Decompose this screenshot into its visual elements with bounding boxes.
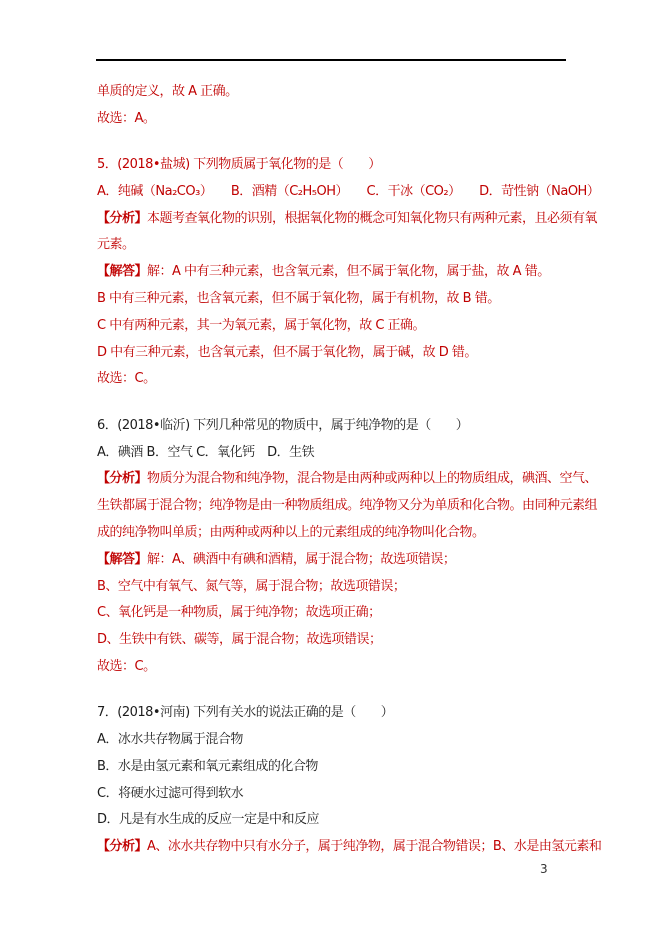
q4-solution-continuation: 单质的定义，故 A 正确。 xyxy=(97,79,567,106)
line-text: B、空气中有氧气、氮气等，属于混合物；故选项错误； xyxy=(97,579,405,594)
line-text: 解：A、碘酒中有碘和酒精，属于混合物；故选项错误； xyxy=(147,552,455,567)
q7-option-d: D．凡是有水生成的反应一定是中和反应 xyxy=(97,807,567,834)
q6-solution-option-d: D、生铁中有铁、碳等，属于混合物；故选项错误； xyxy=(97,627,567,654)
q5-solution-option-a: 【解答】解：A 中有三种元素，也含氧元素，但不属于氧化物，属于盐，故 A 错。 xyxy=(97,259,567,286)
q7-option-a: A．冰水共存物属于混合物 xyxy=(97,727,567,754)
q7-analysis-line-1: 【分析】A、冰水共存物中只有水分子，属于纯净物，属于混合物错误；B、水是由氢元素… xyxy=(97,834,567,861)
analysis-label: 【分析】 xyxy=(97,211,147,226)
line-text: D 中有三种元素，也含氧元素，但不属于氧化物，属于碱，故 D 错。 xyxy=(97,345,477,360)
line-text: 7．(2018•河南) 下列有关水的说法正确的是（ ） xyxy=(97,705,393,720)
q5-options: A．纯碱（Na₂CO₃） B．酒精（C₂H₅OH） C．干冰（CO₂） D．苛性… xyxy=(97,179,567,206)
line-text: 故选：A。 xyxy=(97,111,155,126)
line-text: 元素。 xyxy=(97,237,135,252)
line-text: 物质分为混合物和纯净物，混合物是由两种或两种以上的物质组成，碘酒、空气、 xyxy=(147,471,597,486)
q5-solution-option-d: D 中有三种元素，也含氧元素，但不属于氧化物，属于碱，故 D 错。 xyxy=(97,340,567,367)
q6-solution-option-a: 【解答】解：A、碘酒中有碘和酒精，属于混合物；故选项错误； xyxy=(97,547,567,574)
line-text: A．纯碱（Na₂CO₃） B．酒精（C₂H₅OH） C．干冰（CO₂） D．苛性… xyxy=(97,184,599,199)
document-page: 单质的定义，故 A 正确。 故选：A。 5．(2018•盐城) 下列物质属于氧化… xyxy=(0,0,661,935)
page-number: 3 xyxy=(540,862,548,876)
line-text: A．碘酒 B．空气 C．氧化钙 D．生铁 xyxy=(97,445,314,460)
line-text: 故选：C。 xyxy=(97,371,156,386)
line-text: 生铁都属于混合物；纯净物是由一种物质组成。纯净物又分为单质和化合物。由同种元素组 xyxy=(97,498,597,513)
q6-options: A．碘酒 B．空气 C．氧化钙 D．生铁 xyxy=(97,440,567,467)
line-text: B．水是由氢元素和氧元素组成的化合物 xyxy=(97,759,318,774)
document-body: 单质的定义，故 A 正确。 故选：A。 5．(2018•盐城) 下列物质属于氧化… xyxy=(97,79,567,861)
q6-solution-option-b: B、空气中有氧气、氮气等，属于混合物；故选项错误； xyxy=(97,574,567,601)
line-text: 单质的定义，故 A 正确。 xyxy=(97,84,238,99)
q5-solution-option-b: B 中有三种元素，也含氧元素，但不属于氧化物，属于有机物，故 B 错。 xyxy=(97,286,567,313)
line-text: D、生铁中有铁、碳等，属于混合物；故选项错误； xyxy=(97,632,382,647)
line-text: C、氧化钙是一种物质，属于纯净物；故选项正确； xyxy=(97,605,381,620)
q7-option-c: C．将硬水过滤可得到软水 xyxy=(97,781,567,808)
q6-solution-option-c: C、氧化钙是一种物质，属于纯净物；故选项正确； xyxy=(97,600,567,627)
line-text: 5．(2018•盐城) 下列物质属于氧化物的是（ ） xyxy=(97,157,381,172)
line-text: 成的纯净物叫单质；由两种或两种以上的元素组成的纯净物叫化合物。 xyxy=(97,525,485,540)
q4-answer: 故选：A。 xyxy=(97,106,567,133)
line-text: 本题考查氧化物的识别，根据氧化物的概念可知氧化物只有两种元素，且必须有氧 xyxy=(147,211,597,226)
q6-answer: 故选：C。 xyxy=(97,654,567,681)
solution-label: 【解答】 xyxy=(97,264,147,279)
solution-label: 【解答】 xyxy=(97,552,147,567)
q5-analysis-line-2: 元素。 xyxy=(97,232,567,259)
line-text: D．凡是有水生成的反应一定是中和反应 xyxy=(97,812,319,827)
q5-solution-option-c: C 中有两种元素，其一为氧元素，属于氧化物，故 C 正确。 xyxy=(97,313,567,340)
line-text: 解：A 中有三种元素，也含氧元素，但不属于氧化物，属于盐，故 A 错。 xyxy=(147,264,550,279)
q7-option-b: B．水是由氢元素和氧元素组成的化合物 xyxy=(97,754,567,781)
q6-analysis-line-3: 成的纯净物叫单质；由两种或两种以上的元素组成的纯净物叫化合物。 xyxy=(97,520,567,547)
line-text: C．将硬水过滤可得到软水 xyxy=(97,786,243,801)
analysis-label: 【分析】 xyxy=(97,839,147,854)
q6-analysis-line-2: 生铁都属于混合物；纯净物是由一种物质组成。纯净物又分为单质和化合物。由同种元素组 xyxy=(97,493,567,520)
line-text: C 中有两种元素，其一为氧元素，属于氧化物，故 C 正确。 xyxy=(97,318,425,333)
line-text: A、冰水共存物中只有水分子，属于纯净物，属于混合物错误；B、水是由氢元素和 xyxy=(147,839,601,854)
q5-answer: 故选：C。 xyxy=(97,366,567,393)
line-text: 故选：C。 xyxy=(97,659,156,674)
q6-stem: 6．(2018•临沂) 下列几种常见的物质中，属于纯净物的是（ ） xyxy=(97,413,567,440)
line-text: A．冰水共存物属于混合物 xyxy=(97,732,243,747)
q5-analysis-line-1: 【分析】本题考查氧化物的识别，根据氧化物的概念可知氧化物只有两种元素，且必须有氧 xyxy=(97,206,567,233)
q6-analysis-line-1: 【分析】物质分为混合物和纯净物，混合物是由两种或两种以上的物质组成，碘酒、空气、 xyxy=(97,466,567,493)
q5-stem: 5．(2018•盐城) 下列物质属于氧化物的是（ ） xyxy=(97,152,567,179)
q7-stem: 7．(2018•河南) 下列有关水的说法正确的是（ ） xyxy=(97,700,567,727)
analysis-label: 【分析】 xyxy=(97,471,147,486)
line-text: B 中有三种元素，也含氧元素，但不属于氧化物，属于有机物，故 B 错。 xyxy=(97,291,500,306)
line-text: 6．(2018•临沂) 下列几种常见的物质中，属于纯净物的是（ ） xyxy=(97,418,468,433)
header-rule xyxy=(96,59,566,61)
